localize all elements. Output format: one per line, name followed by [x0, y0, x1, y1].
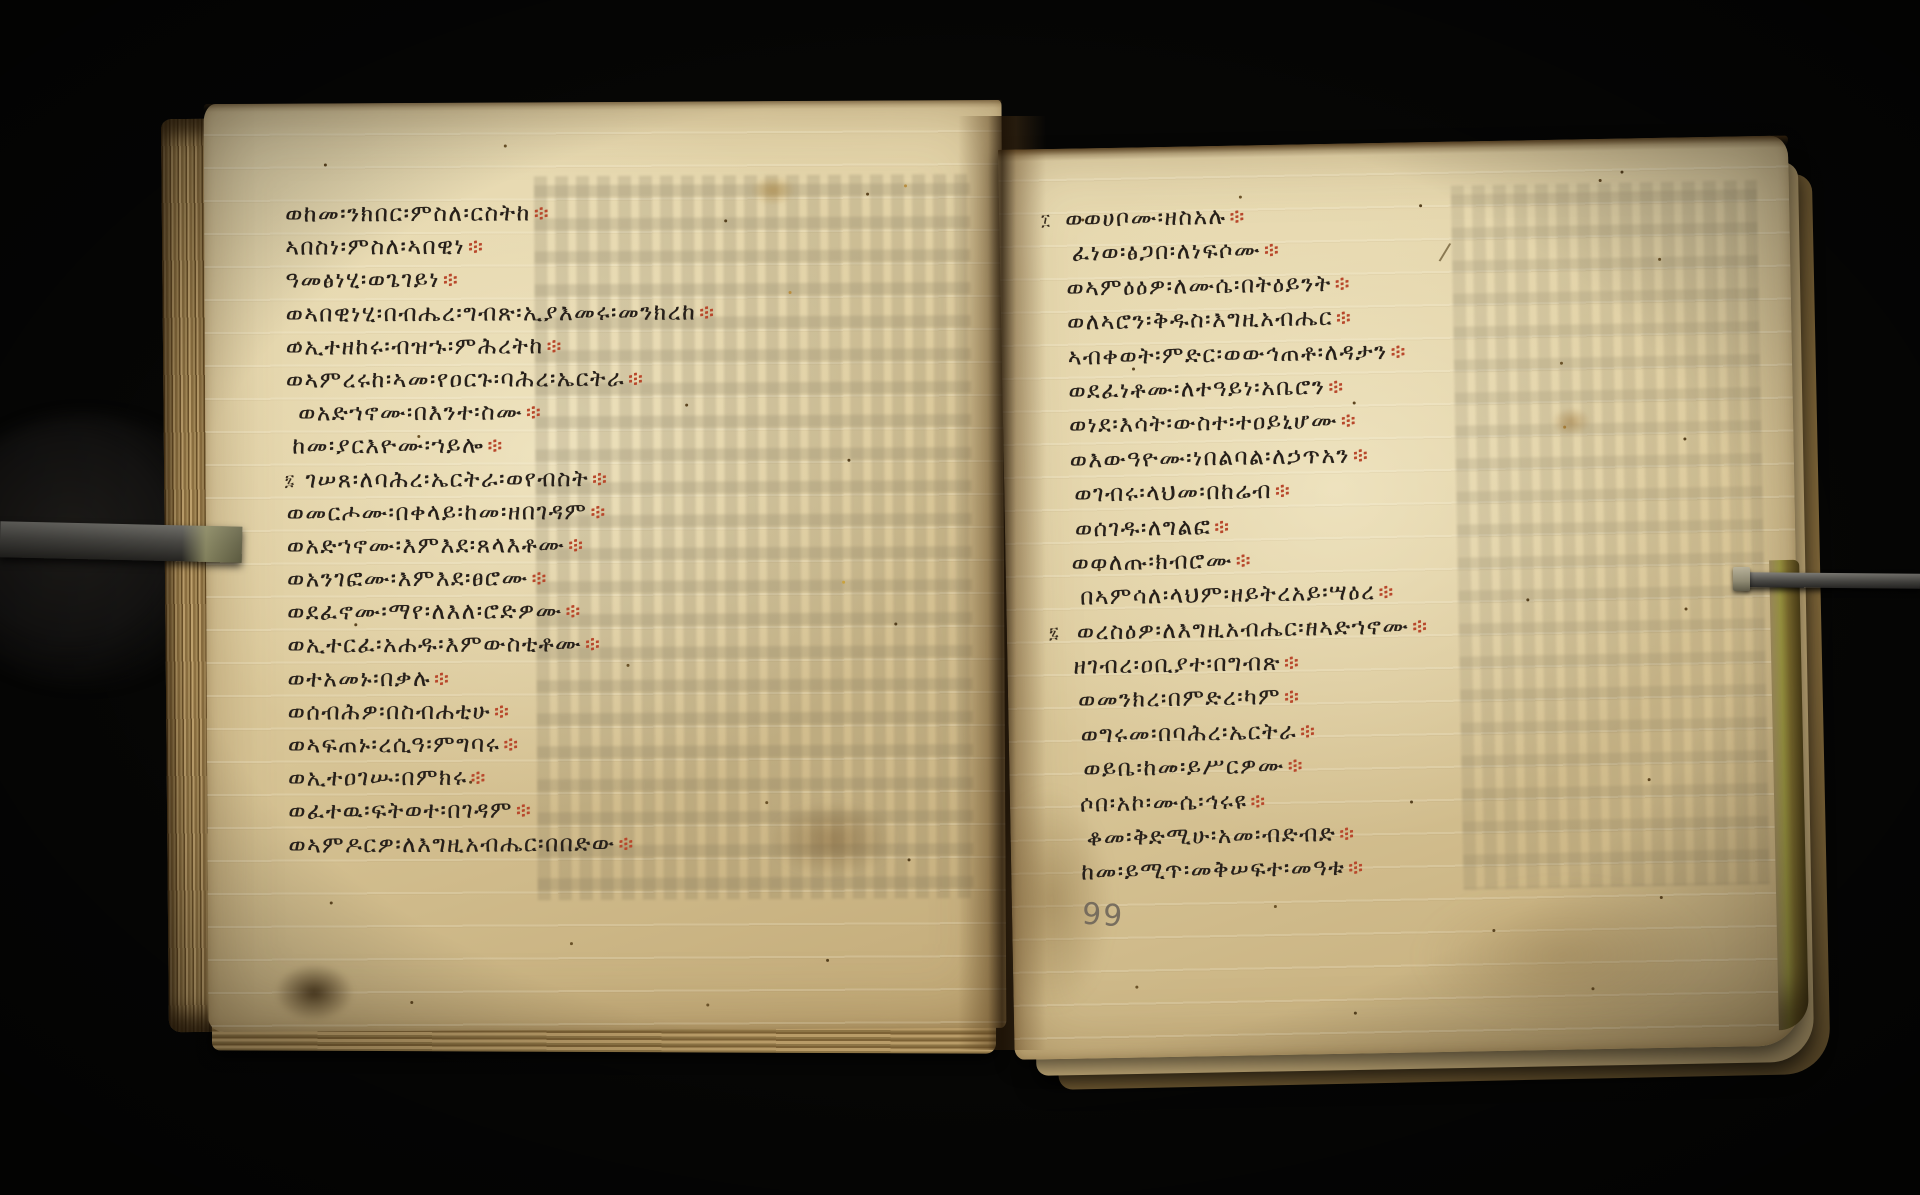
line-end-mark: ፨ [1300, 719, 1317, 743]
line-end-mark: ፨ [568, 533, 584, 557]
line-text: ወሰገዱ፡ለግልፎ [1075, 514, 1212, 542]
manuscript-line: ወኣምረሩከ፡ኣመ፡የዐርጉ፡ባሕረ፡ኤርትራ፨ [286, 365, 716, 400]
line-end-mark: ፨ [1229, 204, 1246, 228]
stain [767, 800, 897, 877]
line-end-mark: ፨ [1275, 479, 1292, 503]
ink-bleed-through [1451, 180, 1770, 889]
line-text: ወአድኀኖሙ፡በእንተ፡ስሙ [298, 400, 523, 427]
line-text: ሶበ፡አኮ፡ሙሴ፡ኅሩዩ [1080, 788, 1248, 817]
manuscript-line: ወኢተዐገሡ፡በምክሩ፨ [288, 764, 718, 799]
line-end-mark: ፨ [1264, 238, 1281, 262]
line-end-mark: ፨ [1339, 822, 1356, 846]
line-end-mark: ፨ [1236, 548, 1253, 572]
line-end-mark: ፨ [494, 699, 510, 723]
pencil-page-number: 99 [1081, 897, 1126, 935]
left-page-holder-strip [0, 521, 242, 562]
line-text: ወኢተዘከሩ፡ብዝኁ፡ምሕረትከ [286, 333, 544, 360]
line-end-mark: ፨ [503, 732, 519, 756]
left-text-column: ወከመ፡ንክበር፡ምስለ፡ርስትከ፨ኣበስነ፡ምስለ፡ኣበዊነ፨ዓመፅነሂ፡ወጌ… [285, 199, 718, 865]
line-end-mark: ፨ [618, 831, 634, 855]
manuscript-line: ኣበስነ፡ምስለ፡ኣበዊነ፨ [285, 233, 715, 268]
right-text-column: ፲ወወሀቦሙ፡ዘስአሉ፨ፈነወ፡ፅጋበ፡ለነፍሶሙ፨ወኣምዕዕዎ፡ለሙሴ፡በትዕ… [1065, 200, 1433, 894]
line-end-mark: ፨ [628, 367, 644, 391]
left-page: ወከመ፡ንክበር፡ምስለ፡ርስትከ፨ኣበስነ፡ምስለ፡ኣበዊነ፨ዓመፅነሂ፡ወጌ… [204, 100, 1007, 1032]
line-text: ቆመ፡ቅድሚሁ፡አመ፡ብድብድ [1086, 821, 1336, 852]
line-end-mark: ፨ [1412, 614, 1429, 638]
right-page-holder-rod [1744, 572, 1920, 589]
line-text: ወአድኀኖሙ፡እምእደ፡ጸላእቶሙ [287, 532, 565, 559]
line-end-mark: ፨ [1214, 514, 1231, 538]
manuscript-line: ወሰብሕዎ፡በስብሐቲሁ፨ [288, 697, 718, 732]
line-text: ወኢተርፈ፡አሐዱ፡እምውስቲቶሙ [287, 632, 582, 660]
line-text: ኣብቀወት፡ምድር፡ወውኅጠቶ፡ለዳታን [1068, 338, 1388, 370]
right-page-top-edge [998, 136, 1788, 162]
line-text: ወነደ፡እሳት፡ውስተ፡ተዐይኒሆሙ [1069, 408, 1338, 439]
parchment-specks [998, 150, 1001, 153]
manuscript-line: ወኣፍጠኑ፡ረሲዓ፡ምግባሩ፨ [288, 730, 718, 765]
manuscript-line: ከመ፡ያርእዮሙ፡ኀይሎ፨ [286, 432, 716, 467]
manuscript-line: ወኣምዶርዎ፡ለእግዚአብሔር፡በበድው፨ [288, 830, 718, 865]
line-text: ወተአመኑ፡በቃሉ [288, 666, 432, 693]
line-end-mark: ፨ [565, 599, 581, 623]
margin-numeral: ፯ [284, 470, 295, 490]
margin-numeral: ፯ [1049, 623, 1061, 643]
line-end-mark: ፨ [1328, 375, 1345, 399]
line-text: ከመ፡ያርእዮሙ፡ኀይሎ [292, 433, 484, 460]
line-end-mark: ፨ [487, 434, 503, 458]
manuscript-line: ወኢተርፈ፡አሐዱ፡እምውስቲቶሙ፨ [287, 631, 717, 666]
line-end-mark: ፨ [443, 268, 459, 292]
line-text: ወለኣሮን፡ቅዱስ፡እግዚአብሔር [1067, 305, 1333, 336]
line-end-mark: ፨ [1284, 685, 1301, 709]
line-end-mark: ፨ [590, 500, 606, 524]
stain [1411, 877, 1714, 1032]
line-text: ከመ፡ይሚጥ፡መቅሠፍተ፡መዓቱ [1081, 855, 1345, 886]
line-end-mark: ፨ [547, 334, 563, 358]
line-end-mark: ፨ [585, 632, 601, 656]
line-text: ፈነወ፡ፅጋበ፡ለነፍሶሙ [1072, 238, 1262, 267]
line-end-mark: ፨ [1353, 443, 1370, 467]
line-text: ወገብሩ፡ላህመ፡በከሬብ [1074, 478, 1272, 508]
stain [750, 175, 796, 205]
line-end-mark: ፨ [592, 466, 608, 490]
manuscript-line: ወአድኀኖሙ፡በእንተ፡ስሙ፨ [286, 399, 716, 434]
line-end-mark: ፨ [468, 235, 484, 259]
line-text: ወኣምረሩከ፡ኣመ፡የዐርጉ፡ባሕረ፡ኤርትራ [286, 366, 625, 394]
line-end-mark: ፨ [434, 666, 450, 690]
line-end-mark: ፨ [1287, 754, 1304, 778]
line-text: ወፈተዉ፡ፍትወተ፡በገዳም [288, 798, 513, 825]
manuscript-line: ወአድኀኖሙ፡እምእደ፡ጸላእቶሙ፨ [287, 531, 717, 566]
manuscript-line: ዓመፅነሂ፡ወጌገይነ፨ [285, 266, 715, 301]
line-text: ወወለጡ፡ክብሮሙ [1071, 548, 1233, 577]
line-text: ወግሩመ፡በባሕረ፡ኤርትራ [1081, 718, 1298, 748]
manuscript-line: ወከመ፡ንክበር፡ምስለ፡ርስትከ፨ [285, 199, 715, 234]
parchment-specks [204, 104, 207, 107]
line-end-mark: ፨ [516, 799, 532, 823]
manuscript-line: ወደፈኖሙ፡ማየ፡ለእለ፡ሮድዎሙ፨ [287, 598, 717, 633]
line-text: ወእውዓዮሙ፡ነበልባል፡ለኃጥአን [1069, 442, 1350, 473]
line-end-mark: ፨ [470, 766, 486, 790]
line-end-mark: ፨ [1336, 306, 1353, 330]
line-text: ወረስዕዎ፡ለእግዚአብሔር፡ዘኣድኀኖሙ [1077, 613, 1410, 645]
left-page-top-edge [204, 100, 1002, 112]
line-text: ገሠጸ፡ለባሕረ፡ኤርትራ፡ወየብስት [305, 466, 589, 493]
page-holder-clip [1733, 567, 1750, 591]
line-text: ወመንክረ፡በምድረ፡ካም [1078, 684, 1282, 714]
stain [1551, 407, 1592, 436]
line-end-mark: ፨ [1341, 409, 1358, 433]
line-end-mark: ፨ [534, 201, 550, 225]
manuscript-photo: ወከመ፡ንክበር፡ምስለ፡ርስትከ፨ኣበስነ፡ምስለ፡ኣበዊነ፨ዓመፅነሂ፡ወጌ… [0, 0, 1920, 1195]
manuscript-line: ወፈተዉ፡ፍትወተ፡በገዳም፨ [288, 797, 718, 832]
line-end-mark: ፨ [526, 400, 542, 424]
line-text: በኣምሳለ፡ላህም፡ዘይትረአይ፡ሣዕረ [1080, 579, 1376, 610]
line-text: ወመርሖሙ፡በቀላይ፡ከመ፡ዘበገዳም [287, 499, 588, 527]
line-text: ወአንገፎሙ፡እምእደ፡ፀሮሙ [287, 565, 529, 592]
line-text: ወኣፍጠኑ፡ረሲዓ፡ምግባሩ [288, 732, 501, 759]
manuscript-line: ወኣበዊነሂ፡በብሔረ፡ግብጽ፡ኢያእመሩ፡መንክረከ፨ [286, 299, 716, 334]
line-end-mark: ፨ [1348, 856, 1365, 880]
line-text: ወወሀቦሙ፡ዘስአሉ [1065, 204, 1227, 233]
line-end-mark: ፨ [699, 300, 715, 324]
manuscript-line: ከመ፡ይሚጥ፡መቅሠፍተ፡መዓቱ፨ [1077, 854, 1433, 895]
line-text: ወኣበዊነሂ፡በብሔረ፡ግብጽ፡ኢያእመሩ፡መንክረከ [286, 299, 697, 327]
line-text: ወኣምዕዕዎ፡ለሙሴ፡በትዕይንት [1066, 271, 1332, 302]
line-text: ወደፈነቶሙ፡ለተዓይነ፡አቤሮን [1068, 374, 1325, 405]
manuscript-line: ወተአመኑ፡በቃሉ፨ [288, 664, 718, 699]
line-end-mark: ፨ [1284, 651, 1301, 675]
line-end-mark: ፨ [1335, 271, 1352, 295]
line-end-mark: ፨ [1378, 580, 1395, 604]
manuscript-line: ፯ገሠጸ፡ለባሕረ፡ኤርትራ፡ወየብስት፨ [286, 465, 716, 500]
line-text: ወከመ፡ንክበር፡ምስለ፡ርስትከ [285, 200, 531, 227]
line-text: ወደፈኖሙ፡ማየ፡ለእለ፡ሮድዎሙ [287, 598, 562, 625]
line-text: ወኢተዐገሡ፡በምክሩ [288, 765, 468, 792]
manuscript-line: ወኢተዘከሩ፡ብዝኁ፡ምሕረትከ፨ [286, 332, 716, 367]
stain [274, 963, 354, 1021]
line-text: ኣበስነ፡ምስለ፡ኣበዊነ [285, 234, 465, 261]
manuscript-line: ወአንገፎሙ፡እምእደ፡ፀሮሙ፨ [287, 564, 717, 599]
manuscript-line: ወመርሖሙ፡በቀላይ፡ከመ፡ዘበገዳም፨ [287, 498, 717, 533]
line-end-mark: ፨ [531, 566, 547, 590]
line-text: ወኣምዶርዎ፡ለእግዚአብሔር፡በበድው [288, 831, 615, 859]
margin-numeral: ፲ [1041, 210, 1051, 230]
line-text: ወሰብሕዎ፡በስብሐቲሁ [288, 698, 491, 725]
line-end-mark: ፨ [1250, 789, 1267, 813]
line-end-mark: ፨ [1390, 339, 1407, 363]
line-text: ወይቤ፡ከመ፡ይሥርዎሙ [1083, 753, 1285, 783]
line-text: ዓመፅነሂ፡ወጌገይነ [285, 267, 440, 294]
line-text: ዘገብረ፡ዐቢያተ፡በግብጽ [1073, 650, 1281, 680]
